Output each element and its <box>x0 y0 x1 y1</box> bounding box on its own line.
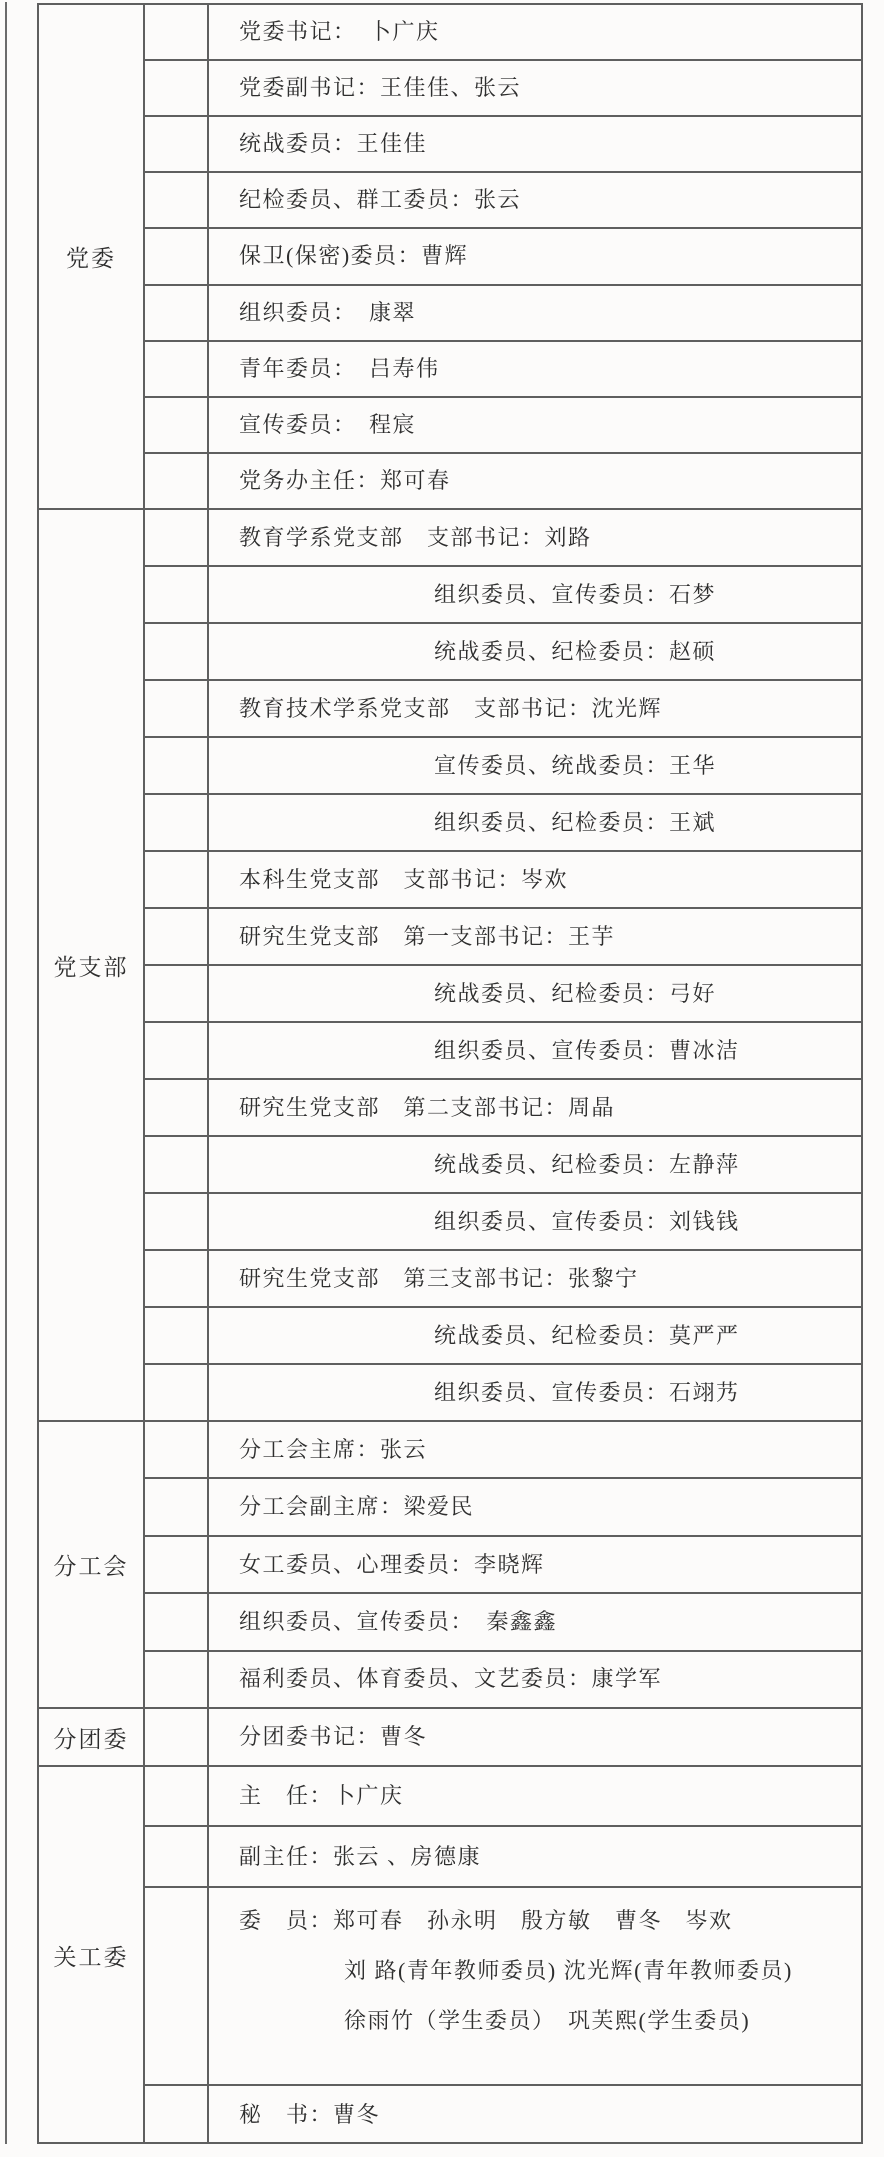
table-row: 女工委员、心理委员：李晓辉 <box>145 1537 861 1594</box>
scanned-document-page: 党委党委书记： 卜广庆党委副书记：王佳佳、张云统战委员：王佳佳纪检委员、群工委员… <box>0 0 884 2157</box>
section-rows: 教育学系党支部 支部书记：刘路组织委员、宣传委员：石梦统战委员、纪检委员：赵硕教… <box>145 510 861 1420</box>
content-cell: 组织委员、纪检委员：王斌 <box>209 795 861 850</box>
table-row: 统战委员、纪检委员：莫严严 <box>145 1308 861 1365</box>
content-cell: 研究生党支部 第二支部书记：周晶 <box>209 1080 861 1135</box>
table-row: 分工会主席：张云 <box>145 1422 861 1479</box>
table-section: 分工会分工会主席：张云分工会副主席：梁爱民女工委员、心理委员：李晓辉组织委员、宣… <box>39 1422 861 1709</box>
table-row: 主 任：卜广庆 <box>145 1767 861 1827</box>
row-text: 女工委员、心理委员：李晓辉 <box>209 1551 861 1579</box>
section-label-cell: 党支部 <box>39 510 145 1420</box>
table-row: 委 员：郑可春 孙永明 殷方敏 曹冬 岑欢刘 路(青年教师委员) 沈光辉(青年教… <box>145 1888 861 2086</box>
spacer-cell <box>145 1888 209 2084</box>
content-cell: 分团委书记：曹冬 <box>209 1709 861 1765</box>
table-row: 研究生党支部 第一支部书记：王芋 <box>145 909 861 966</box>
content-cell: 组织委员、宣传委员：曹冰洁 <box>209 1023 861 1078</box>
content-cell: 宣传委员： 程宸 <box>209 398 861 452</box>
spacer-cell <box>145 1137 209 1192</box>
spacer-cell <box>145 510 209 565</box>
table-row: 组织委员、宣传委员：刘钱钱 <box>145 1194 861 1251</box>
content-cell: 研究生党支部 第一支部书记：王芋 <box>209 909 861 964</box>
spacer-cell <box>145 624 209 679</box>
table-row: 组织委员、纪检委员：王斌 <box>145 795 861 852</box>
table-section: 党支部教育学系党支部 支部书记：刘路组织委员、宣传委员：石梦统战委员、纪检委员：… <box>39 510 861 1422</box>
spacer-cell <box>145 1594 209 1649</box>
table-row: 教育学系党支部 支部书记：刘路 <box>145 510 861 567</box>
table-row: 福利委员、体育委员、文艺委员：康学军 <box>145 1652 861 1707</box>
row-text: 统战委员：王佳佳 <box>209 130 861 158</box>
table-row: 组织委员、宣传委员：石翊艿 <box>145 1365 861 1420</box>
row-text: 统战委员、纪检委员：莫严严 <box>209 1322 861 1350</box>
content-cell: 党务办主任：郑可春 <box>209 454 861 508</box>
spacer-cell <box>145 966 209 1021</box>
table-row: 分工会副主席：梁爱民 <box>145 1479 861 1536</box>
row-text: 宣传委员： 程宸 <box>209 411 861 439</box>
row-text: 教育技术学系党支部 支部书记：沈光辉 <box>209 695 861 723</box>
table-row: 副主任：张云 、房德康 <box>145 1827 861 1887</box>
spacer-cell <box>145 117 209 171</box>
row-text: 组织委员、宣传委员： 秦鑫鑫 <box>209 1608 861 1636</box>
section-label-cell: 分工会 <box>39 1422 145 1707</box>
content-cell: 统战委员：王佳佳 <box>209 117 861 171</box>
section-label: 党支部 <box>54 949 129 982</box>
spacer-cell <box>145 1479 209 1534</box>
spacer-cell <box>145 229 209 283</box>
content-cell: 纪检委员、群工委员：张云 <box>209 173 861 227</box>
spacer-cell <box>145 1308 209 1363</box>
table-row: 秘 书：曹冬 <box>145 2086 861 2144</box>
table-row: 党委书记： 卜广庆 <box>145 5 861 61</box>
row-text: 研究生党支部 第三支部书记：张黎宁 <box>209 1265 861 1293</box>
content-cell: 统战委员、纪检委员：左静萍 <box>209 1137 861 1192</box>
cropped-table-left-edge <box>5 2 7 2144</box>
section-label-cell: 分团委 <box>39 1709 145 1765</box>
table-section: 关工委主 任：卜广庆副主任：张云 、房德康委 员：郑可春 孙永明 殷方敏 曹冬 … <box>39 1767 861 2144</box>
row-text: 统战委员、纪检委员：左静萍 <box>209 1151 861 1179</box>
row-text: 保卫(保密)委员：曹辉 <box>209 242 861 270</box>
table-section: 分团委分团委书记：曹冬 <box>39 1709 861 1767</box>
table-section: 党委党委书记： 卜广庆党委副书记：王佳佳、张云统战委员：王佳佳纪检委员、群工委员… <box>39 5 861 510</box>
spacer-cell <box>145 681 209 736</box>
content-cell: 宣传委员、统战委员：王华 <box>209 738 861 793</box>
content-cell: 青年委员： 吕寿伟 <box>209 342 861 396</box>
content-cell: 女工委员、心理委员：李晓辉 <box>209 1537 861 1592</box>
row-text: 组织委员、宣传委员：石翊艿 <box>209 1379 861 1407</box>
row-text: 委 员：郑可春 孙永明 殷方敏 曹冬 岑欢 <box>209 1896 861 1946</box>
section-label: 分团委 <box>54 1721 129 1754</box>
row-text: 徐雨竹（学生委员） 巩芙熙(学生委员) <box>209 1996 861 2046</box>
row-text: 副主任：张云 、房德康 <box>209 1843 861 1871</box>
row-text: 青年委员： 吕寿伟 <box>209 355 861 383</box>
spacer-cell <box>145 1251 209 1306</box>
row-text: 刘 路(青年教师委员) 沈光辉(青年教师委员) <box>209 1946 861 1996</box>
row-text: 党委书记： 卜广庆 <box>209 18 861 46</box>
spacer-cell <box>145 852 209 907</box>
spacer-cell <box>145 61 209 115</box>
content-cell: 保卫(保密)委员：曹辉 <box>209 229 861 283</box>
row-text: 组织委员： 康翠 <box>209 299 861 327</box>
spacer-cell <box>145 1080 209 1135</box>
spacer-cell <box>145 1023 209 1078</box>
content-cell: 福利委员、体育委员、文艺委员：康学军 <box>209 1652 861 1707</box>
spacer-cell <box>145 738 209 793</box>
row-text: 研究生党支部 第二支部书记：周晶 <box>209 1094 861 1122</box>
content-cell: 本科生党支部 支部书记：岑欢 <box>209 852 861 907</box>
spacer-cell <box>145 1767 209 1825</box>
row-text: 主 任：卜广庆 <box>209 1782 861 1810</box>
table-row: 教育技术学系党支部 支部书记：沈光辉 <box>145 681 861 738</box>
spacer-cell <box>145 1422 209 1477</box>
row-text: 宣传委员、统战委员：王华 <box>209 752 861 780</box>
spacer-cell <box>145 2086 209 2144</box>
table-row: 组织委员、宣传委员：石梦 <box>145 567 861 624</box>
section-rows: 分工会主席：张云分工会副主席：梁爱民女工委员、心理委员：李晓辉组织委员、宣传委员… <box>145 1422 861 1707</box>
content-cell: 教育技术学系党支部 支部书记：沈光辉 <box>209 681 861 736</box>
content-cell: 组织委员、宣传委员：石翊艿 <box>209 1365 861 1420</box>
spacer-cell <box>145 1652 209 1707</box>
table-row: 宣传委员、统战委员：王华 <box>145 738 861 795</box>
spacer-cell <box>145 1827 209 1885</box>
table-row: 研究生党支部 第三支部书记：张黎宁 <box>145 1251 861 1308</box>
content-cell: 党委副书记：王佳佳、张云 <box>209 61 861 115</box>
spacer-cell <box>145 909 209 964</box>
org-structure-table: 党委党委书记： 卜广庆党委副书记：王佳佳、张云统战委员：王佳佳纪检委员、群工委员… <box>37 3 863 2144</box>
content-cell: 副主任：张云 、房德康 <box>209 1827 861 1885</box>
section-rows: 党委书记： 卜广庆党委副书记：王佳佳、张云统战委员：王佳佳纪检委员、群工委员：张… <box>145 5 861 508</box>
table-row: 党务办主任：郑可春 <box>145 454 861 508</box>
spacer-cell <box>145 286 209 340</box>
spacer-cell <box>145 454 209 508</box>
table-row: 统战委员、纪检委员：弓好 <box>145 966 861 1023</box>
spacer-cell <box>145 795 209 850</box>
spacer-cell <box>145 173 209 227</box>
content-cell: 组织委员、宣传委员：刘钱钱 <box>209 1194 861 1249</box>
row-text: 统战委员、纪检委员：赵硕 <box>209 638 861 666</box>
content-cell: 分工会主席：张云 <box>209 1422 861 1477</box>
spacer-cell <box>145 5 209 59</box>
content-cell: 委 员：郑可春 孙永明 殷方敏 曹冬 岑欢刘 路(青年教师委员) 沈光辉(青年教… <box>209 1888 861 2084</box>
spacer-cell <box>145 1365 209 1420</box>
table-row: 统战委员、纪检委员：赵硕 <box>145 624 861 681</box>
content-cell: 组织委员： 康翠 <box>209 286 861 340</box>
row-text: 组织委员、宣传委员：曹冰洁 <box>209 1037 861 1065</box>
spacer-cell <box>145 342 209 396</box>
spacer-cell <box>145 1194 209 1249</box>
table-row: 统战委员、纪检委员：左静萍 <box>145 1137 861 1194</box>
content-cell: 研究生党支部 第三支部书记：张黎宁 <box>209 1251 861 1306</box>
table-row: 党委副书记：王佳佳、张云 <box>145 61 861 117</box>
content-cell: 教育学系党支部 支部书记：刘路 <box>209 510 861 565</box>
row-text: 纪检委员、群工委员：张云 <box>209 186 861 214</box>
table-row: 组织委员： 康翠 <box>145 286 861 342</box>
row-text: 福利委员、体育委员、文艺委员：康学军 <box>209 1665 861 1693</box>
section-label: 分工会 <box>54 1548 129 1581</box>
table-row: 统战委员：王佳佳 <box>145 117 861 173</box>
spacer-cell <box>145 567 209 622</box>
content-cell: 组织委员、宣传委员：石梦 <box>209 567 861 622</box>
section-label-cell: 党委 <box>39 5 145 508</box>
row-text: 组织委员、宣传委员：刘钱钱 <box>209 1208 861 1236</box>
row-text: 分团委书记：曹冬 <box>209 1723 861 1751</box>
content-cell: 组织委员、宣传委员： 秦鑫鑫 <box>209 1594 861 1649</box>
row-text: 统战委员、纪检委员：弓好 <box>209 980 861 1008</box>
section-label-cell: 关工委 <box>39 1767 145 2144</box>
content-cell: 党委书记： 卜广庆 <box>209 5 861 59</box>
content-cell: 主 任：卜广庆 <box>209 1767 861 1825</box>
table-row: 纪检委员、群工委员：张云 <box>145 173 861 229</box>
table-row: 青年委员： 吕寿伟 <box>145 342 861 398</box>
spacer-cell <box>145 398 209 452</box>
table-row: 宣传委员： 程宸 <box>145 398 861 454</box>
table-row: 组织委员、宣传委员： 秦鑫鑫 <box>145 1594 861 1651</box>
content-cell: 秘 书：曹冬 <box>209 2086 861 2144</box>
row-text: 教育学系党支部 支部书记：刘路 <box>209 524 861 552</box>
section-rows: 分团委书记：曹冬 <box>145 1709 861 1765</box>
spacer-cell <box>145 1709 209 1765</box>
row-text: 党务办主任：郑可春 <box>209 467 861 495</box>
table-row: 本科生党支部 支部书记：岑欢 <box>145 852 861 909</box>
row-text: 分工会副主席：梁爱民 <box>209 1493 861 1521</box>
table-row: 分团委书记：曹冬 <box>145 1709 861 1765</box>
row-text: 分工会主席：张云 <box>209 1436 861 1464</box>
content-cell: 统战委员、纪检委员：莫严严 <box>209 1308 861 1363</box>
row-text: 本科生党支部 支部书记：岑欢 <box>209 866 861 894</box>
row-text: 组织委员、宣传委员：石梦 <box>209 581 861 609</box>
row-text: 研究生党支部 第一支部书记：王芋 <box>209 923 861 951</box>
table-row: 研究生党支部 第二支部书记：周晶 <box>145 1080 861 1137</box>
table-row: 组织委员、宣传委员：曹冰洁 <box>145 1023 861 1080</box>
content-cell: 统战委员、纪检委员：弓好 <box>209 966 861 1021</box>
section-label: 党委 <box>66 240 116 273</box>
section-rows: 主 任：卜广庆副主任：张云 、房德康委 员：郑可春 孙永明 殷方敏 曹冬 岑欢刘… <box>145 1767 861 2144</box>
content-cell: 分工会副主席：梁爱民 <box>209 1479 861 1534</box>
content-cell: 统战委员、纪检委员：赵硕 <box>209 624 861 679</box>
row-text: 党委副书记：王佳佳、张云 <box>209 74 861 102</box>
spacer-cell <box>145 1537 209 1592</box>
table-row: 保卫(保密)委员：曹辉 <box>145 229 861 285</box>
row-text: 组织委员、纪检委员：王斌 <box>209 809 861 837</box>
row-text: 秘 书：曹冬 <box>209 2101 861 2129</box>
section-label: 关工委 <box>54 1939 129 1972</box>
